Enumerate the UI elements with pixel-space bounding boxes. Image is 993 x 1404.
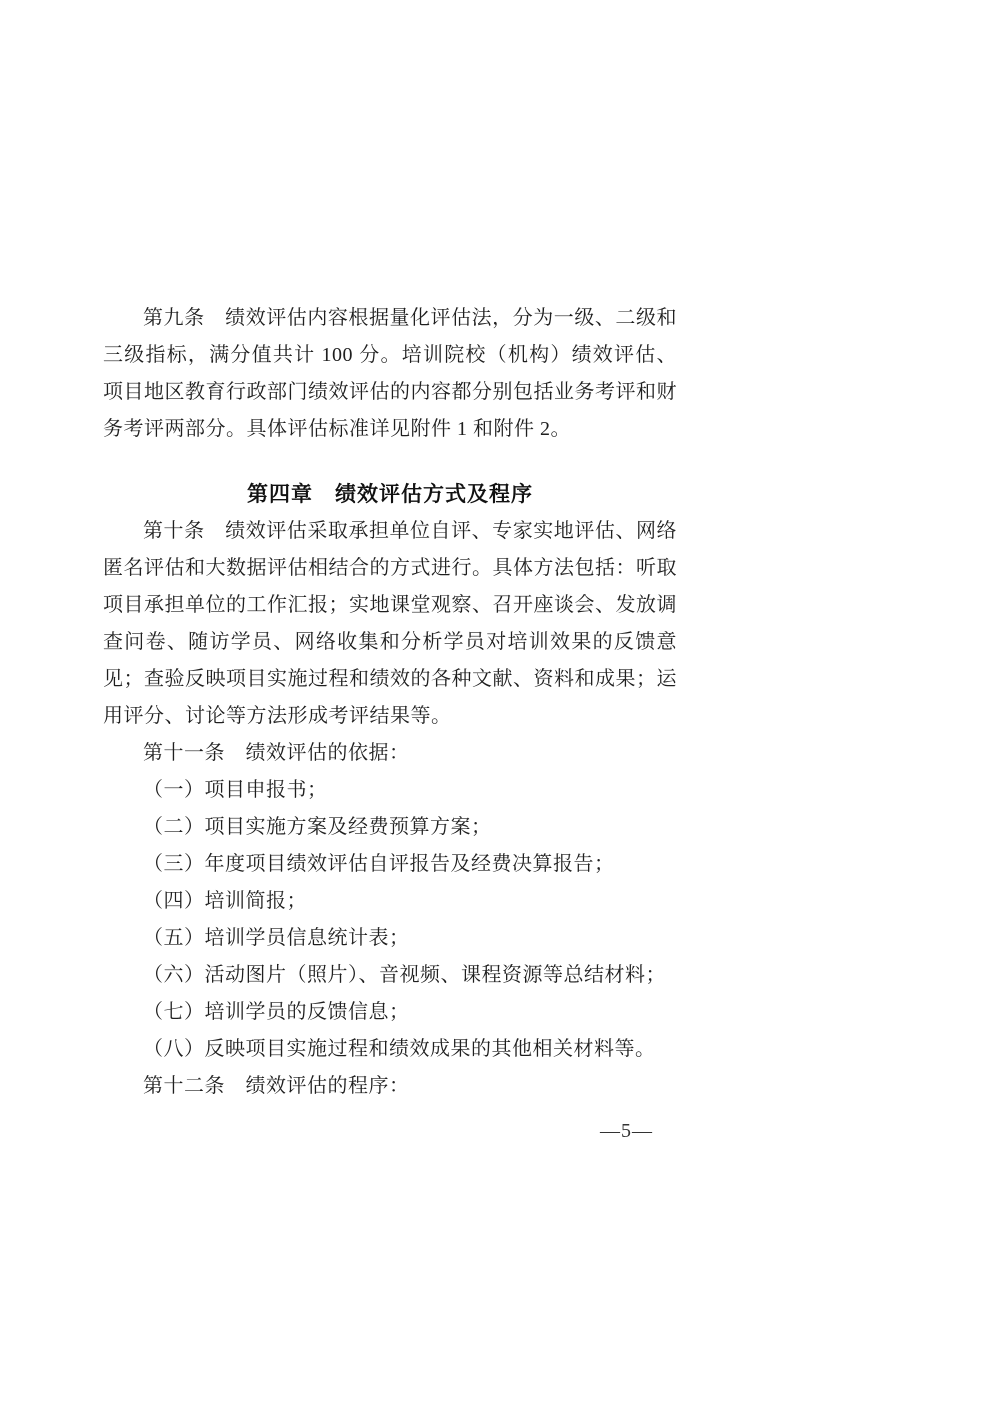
basis-item-5: （五）培训学员信息统计表；	[103, 920, 677, 957]
basis-item-1: （一）项目申报书；	[103, 772, 677, 809]
basis-item-3: （三）年度项目绩效评估自评报告及经费决算报告；	[103, 846, 677, 883]
page-number: —5—	[103, 1113, 677, 1150]
document-page: 第九条 绩效评估内容根据量化评估法，分为一级、二级和三级指标，满分值共计 100…	[0, 0, 993, 1404]
basis-item-7: （七）培训学员的反馈信息；	[103, 994, 677, 1031]
article-10-paragraph: 第十条 绩效评估采取承担单位自评、专家实地评估、网络匿名评估和大数据评估相结合的…	[103, 513, 677, 735]
basis-item-6: （六）活动图片（照片）、音视频、课程资源等总结材料；	[103, 957, 677, 994]
basis-item-8: （八）反映项目实施过程和绩效成果的其他相关材料等。	[103, 1031, 677, 1068]
basis-item-2: （二）项目实施方案及经费预算方案；	[103, 809, 677, 846]
article-11-lead: 第十一条 绩效评估的依据：	[103, 735, 677, 772]
chapter-heading: 第四章 绩效评估方式及程序	[103, 476, 677, 513]
article-12-lead: 第十二条 绩效评估的程序：	[103, 1068, 677, 1105]
basis-item-4: （四）培训简报；	[103, 883, 677, 920]
article-9-paragraph: 第九条 绩效评估内容根据量化评估法，分为一级、二级和三级指标，满分值共计 100…	[103, 300, 677, 448]
